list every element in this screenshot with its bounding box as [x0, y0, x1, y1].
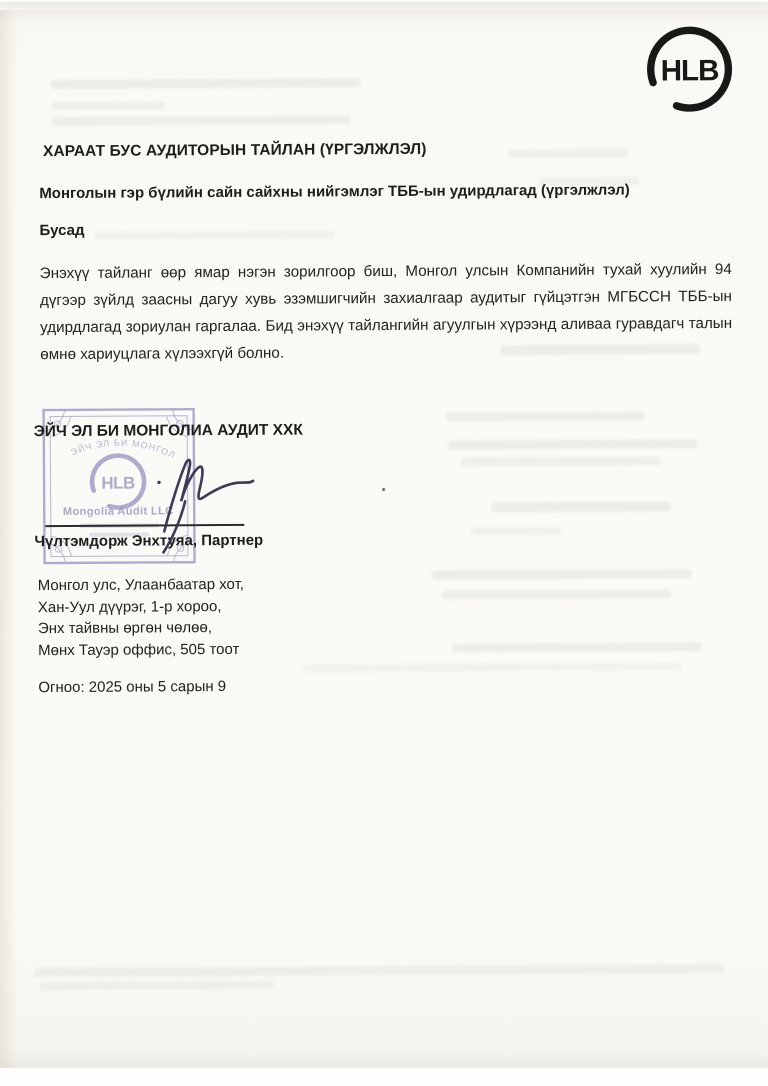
bleedthrough-artifact [302, 662, 682, 672]
addressee-line: Монголын гэр бүлийн сайн сайхны нийгэмлэ… [39, 182, 630, 203]
bleedthrough-artifact [432, 569, 692, 580]
report-title: ХАРААТ БУС АУДИТОРЫН ТАЙЛАН (ҮРГЭЛЖЛЭЛ) [43, 141, 427, 161]
address-line: Мөнх Тауэр оффис, 505 тоот [38, 638, 244, 661]
page-content: HLB ХАРААТ БУС АУДИТОРЫН ТАЙЛАН (ҮРГЭЛ [0, 6, 768, 1069]
address-line: Хан-Уул дүүрэг, 1-р хороо, [38, 595, 244, 618]
address-line: Монгол улс, Улаанбаатар хот, [38, 574, 244, 597]
bleedthrough-artifact [452, 642, 702, 653]
paper-sheet: HLB ХАРААТ БУС АУДИТОРЫН ТАЙЛАН (ҮРГЭЛ [0, 10, 768, 1068]
address-line: Энх тайвны өргөн чөлөө, [38, 617, 244, 640]
bleedthrough-artifact [442, 589, 672, 599]
bleedthrough-artifact [34, 964, 724, 977]
section-heading: Бусад [39, 222, 84, 239]
bleedthrough-artifact [491, 501, 671, 512]
bleedthrough-artifact [95, 230, 335, 239]
firm-name: ЭЙЧ ЭЛ БИ МОНГОЛИА АУДИТ ХХК [34, 422, 303, 442]
bleedthrough-artifact [51, 101, 166, 110]
hlb-logo-text: HLB [661, 54, 720, 87]
signature-stroke-main [164, 460, 253, 532]
bleedthrough-artifact [51, 78, 361, 89]
bleedthrough-artifact [509, 149, 629, 159]
bleedthrough-artifact [51, 115, 351, 126]
ink-speck-artifact [382, 488, 385, 491]
signature-dot [157, 481, 160, 484]
scanned-page: HLB ХАРААТ БУС АУДИТОРЫН ТАЙЛАН (ҮРГЭЛ [0, 0, 768, 1086]
address-block: Монгол улс, Улаанбаатар хот, Хан-Уул дүү… [38, 574, 245, 661]
stamp-hlb-text: HLB [101, 474, 135, 493]
bleedthrough-artifact [448, 439, 698, 450]
bleedthrough-artifact [39, 981, 274, 990]
bleedthrough-artifact [471, 527, 561, 536]
bleedthrough-artifact [461, 456, 661, 466]
date-line: Огноо: 2025 оны 5 сарын 9 [38, 678, 226, 696]
bleedthrough-artifact [446, 411, 646, 421]
partner-signature [141, 449, 262, 562]
body-paragraph: Энэхүү тайланг өөр ямар нэгэн зорилгоор … [40, 256, 733, 368]
hlb-logo: HLB [643, 23, 736, 116]
